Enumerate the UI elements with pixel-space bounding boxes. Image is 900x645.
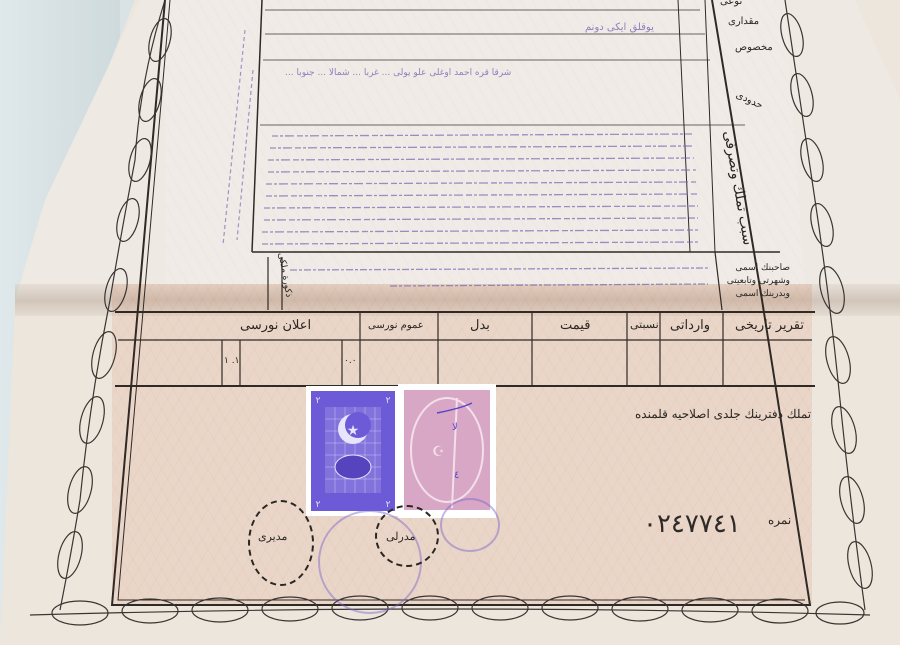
ink-seal-purple-2 (440, 498, 500, 552)
ornamental-border-left (40, 0, 180, 620)
revenue-stamp-pink: ☪ ﻻ ٤ (398, 384, 496, 518)
seal-label-director: مديرى (258, 530, 287, 543)
value-boundaries: شرقا قره احمد اوغلى علو يولى ... غربا ..… (285, 66, 511, 81)
label-type: نوعی (720, 0, 742, 7)
header-ratio: نسبتى (630, 318, 659, 331)
registry-note: تملك دفترينك جلدى اصلاحيه قلمنده (635, 407, 811, 421)
serial-number: ٠٢٤٧٧٤١ (643, 509, 741, 539)
svg-text:۲: ۲ (316, 500, 321, 510)
svg-text:ﻻ: ﻻ (452, 422, 458, 433)
ornamental-border-right (780, 0, 900, 620)
revenue-stamp-blue: ★ ۲ ۲ ۲ ۲ (306, 386, 400, 516)
header-revenue: وارداتى (670, 318, 710, 333)
header-announcement-fee: اعلان نورسى (240, 318, 311, 333)
label-quantity: مقداری (728, 16, 759, 27)
svg-text:★: ★ (347, 423, 360, 439)
svg-text:٤: ٤ (454, 470, 459, 481)
handwritten-margin-note (215, 30, 255, 250)
seal-placeholder-director (248, 500, 314, 586)
handwritten-owner-names (290, 262, 710, 302)
header-registration-date: تقرير تاريخى (735, 318, 804, 333)
ornamental-border-bottom (20, 585, 880, 645)
stamp-denomination: ۲ (316, 396, 321, 406)
label-special: مخصوص (735, 42, 773, 53)
header-general-fee: عموم نورسى (368, 320, 424, 331)
value-quantity: يوقلق ايكى دونم (585, 20, 654, 35)
serial-label: نمره (768, 513, 791, 527)
seal-label-registrar: مدرلى (386, 530, 416, 543)
header-price: بدل (470, 318, 490, 333)
svg-text:۲: ۲ (386, 396, 391, 406)
header-value: قيمت (560, 318, 590, 333)
document-photo: نوعی مقداری مخصوص حدودی سبب تملك وتصرفى … (0, 0, 900, 645)
handwritten-transaction-text (262, 130, 702, 250)
row-marker-2: ۰.۰ (344, 356, 357, 366)
svg-text:☪: ☪ (432, 444, 445, 460)
row-marker-1: ۱. ۱ (224, 356, 239, 366)
label-owner: صاحبنك اسمى وشهرتى وتابعيتى وبدرينك اسمى (720, 262, 790, 301)
